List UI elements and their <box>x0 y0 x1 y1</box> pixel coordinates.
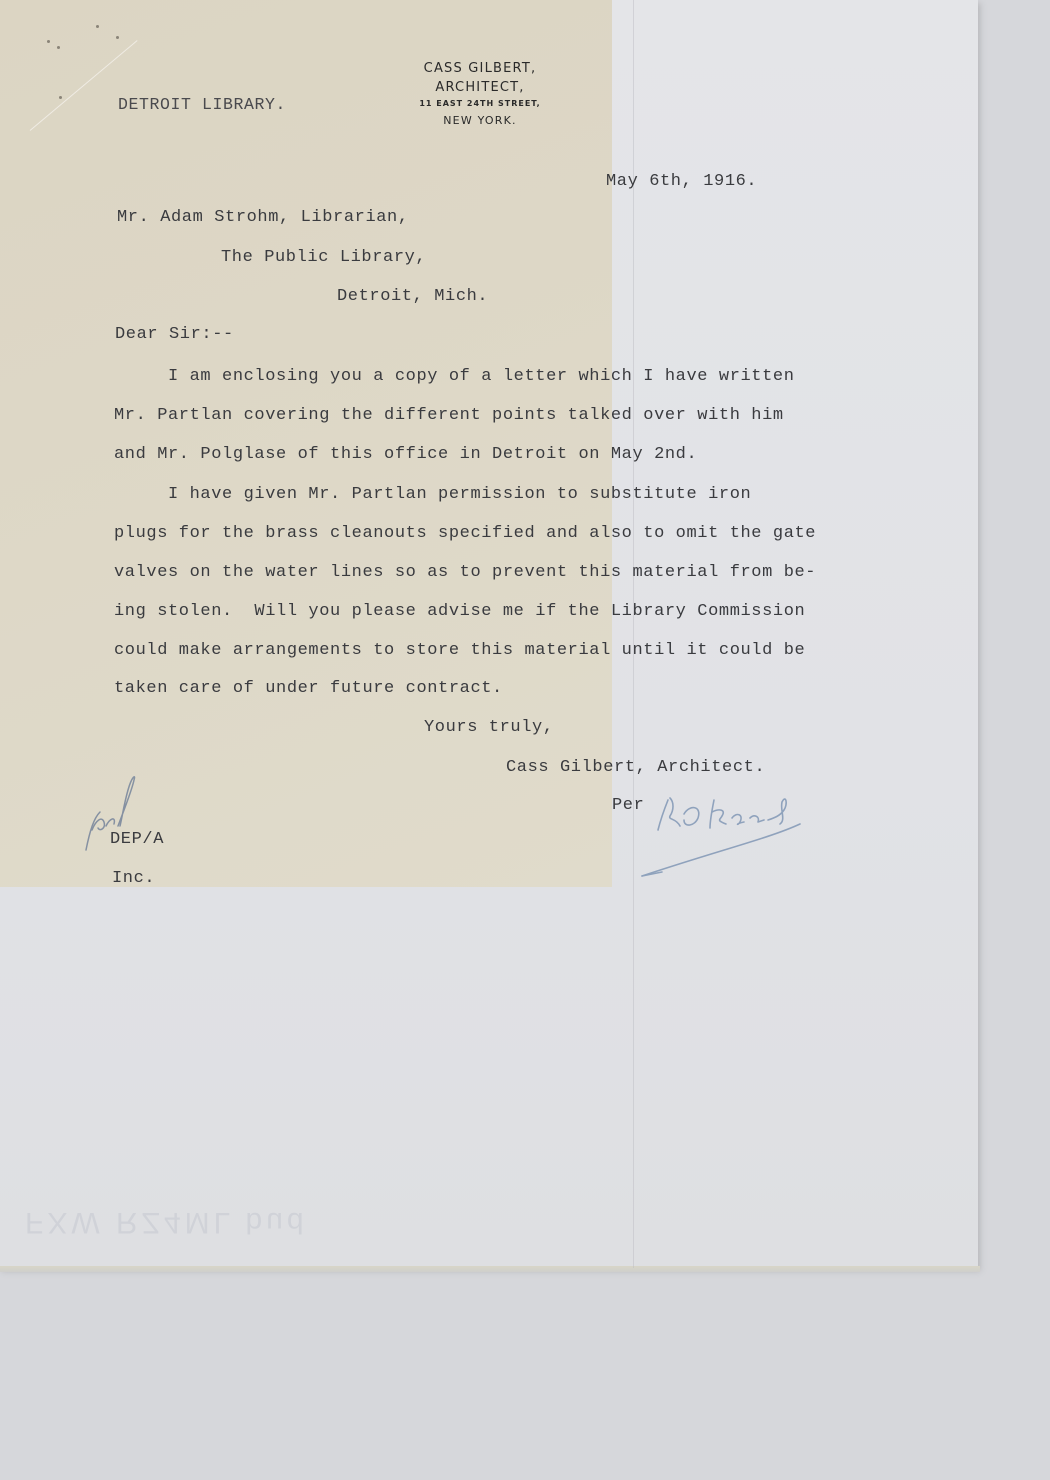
salutation: Dear Sir:-- <box>115 325 234 344</box>
recipient-line-3: Detroit, Mich. <box>337 287 488 306</box>
reference-initials: DEP/A <box>110 830 164 849</box>
sheet-bottom-edge <box>0 1266 980 1272</box>
paper-speck <box>47 40 50 43</box>
recipient-line-1: Mr. Adam Strohm, Librarian, <box>117 208 409 227</box>
paper-speck <box>96 25 99 28</box>
body-line: I am enclosing you a copy of a letter wh… <box>114 367 795 386</box>
closing: Yours truly, <box>424 718 554 737</box>
letterhead-street: 11 EAST 24TH STREET, <box>395 100 565 108</box>
body-line: taken care of under future contract. <box>114 679 503 698</box>
paper-speck <box>57 46 60 49</box>
recipient-line-2: The Public Library, <box>221 248 426 267</box>
letterhead-title: ARCHITECT, <box>395 81 565 94</box>
letterhead: CASS GILBERT, ARCHITECT, 11 EAST 24TH ST… <box>395 62 565 126</box>
enclosure-note: Inc. <box>112 869 155 888</box>
handwritten-signature-icon <box>640 780 830 880</box>
file-label: DETROIT LIBRARY. <box>118 95 286 114</box>
body-line: Mr. Partlan covering the different point… <box>114 406 784 425</box>
paper-speck <box>59 96 62 99</box>
body-line: plugs for the brass cleanouts specified … <box>114 524 816 543</box>
body-line: valves on the water lines so as to preve… <box>114 563 816 582</box>
letter-date: May 6th, 1916. <box>606 172 757 191</box>
body-line: I have given Mr. Partlan permission to s… <box>114 485 751 504</box>
letterhead-city: NEW YORK. <box>395 115 565 126</box>
show-through-text: FXW RZ4ML bud <box>25 1205 308 1239</box>
body-line: ing stolen. Will you please advise me if… <box>114 602 805 621</box>
body-line: and Mr. Polglase of this office in Detro… <box>114 445 697 464</box>
signature-block: Cass Gilbert, Architect. <box>506 758 765 777</box>
letterhead-name: CASS GILBERT, <box>395 62 565 75</box>
aged-paper-region <box>0 0 612 887</box>
body-line: could make arrangements to store this ma… <box>114 641 805 660</box>
paper-speck <box>116 36 119 39</box>
